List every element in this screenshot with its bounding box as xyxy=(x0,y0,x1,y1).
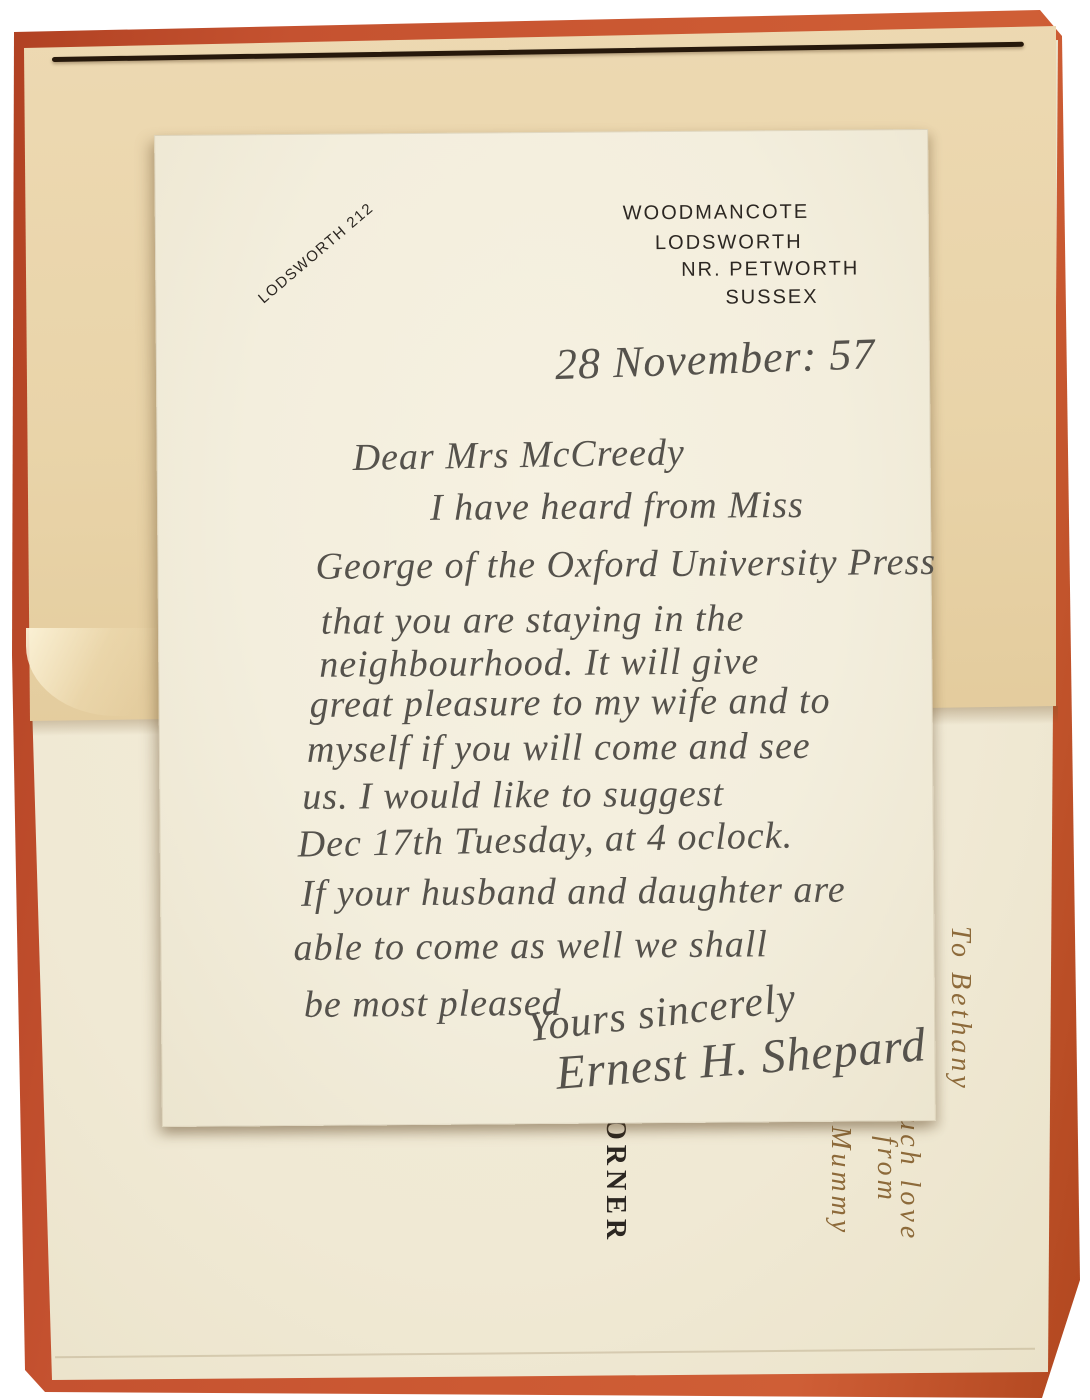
letter-body-line: that you are staying in the xyxy=(321,599,745,640)
letter-body-line: myself if you will come and see xyxy=(307,727,811,769)
inscription-line: Mummy xyxy=(824,1126,856,1236)
letter-body-line: Dec 17th Tuesday, at 4 oclock. xyxy=(297,816,793,863)
letter-body-line: us. I would like to suggest xyxy=(302,775,724,816)
letterhead-line: WOODMANCOTE xyxy=(623,201,810,225)
letter-date: 28 November: 57 xyxy=(554,332,876,387)
letter-body-line: neighbourhood. It will give xyxy=(319,642,759,683)
letter-salutation: Dear Mrs McCreedy xyxy=(352,433,685,477)
photo-frame: ORNER To Bethany much love from Mummy LO… xyxy=(0,0,1090,1400)
title-page-printed-text: ORNER xyxy=(599,1118,631,1244)
letterhead-line: NR. PETWORTH xyxy=(681,258,859,282)
letter-body-line: George of the Oxford University Press xyxy=(315,543,936,586)
letter-body-line: able to come as well we shall xyxy=(293,925,768,967)
letter-body-line: I have heard from Miss xyxy=(430,486,804,527)
letter-body-line: If your husband and daughter are xyxy=(301,871,846,913)
letterhead-line: LODSWORTH xyxy=(655,231,803,255)
inscription-line: To Bethany xyxy=(944,926,976,1092)
letter-sheet: LODSWORTH 212 WOODMANCOTE LODSWORTH NR. … xyxy=(154,129,936,1127)
inscription-line: from xyxy=(870,1136,902,1204)
letter-body-line: be most pleased xyxy=(304,984,562,1024)
letterhead-phone-label: LODSWORTH 212 xyxy=(231,179,402,328)
letter-body-line: great pleasure to my wife and to xyxy=(309,682,830,724)
letterhead-line: SUSSEX xyxy=(725,286,818,310)
